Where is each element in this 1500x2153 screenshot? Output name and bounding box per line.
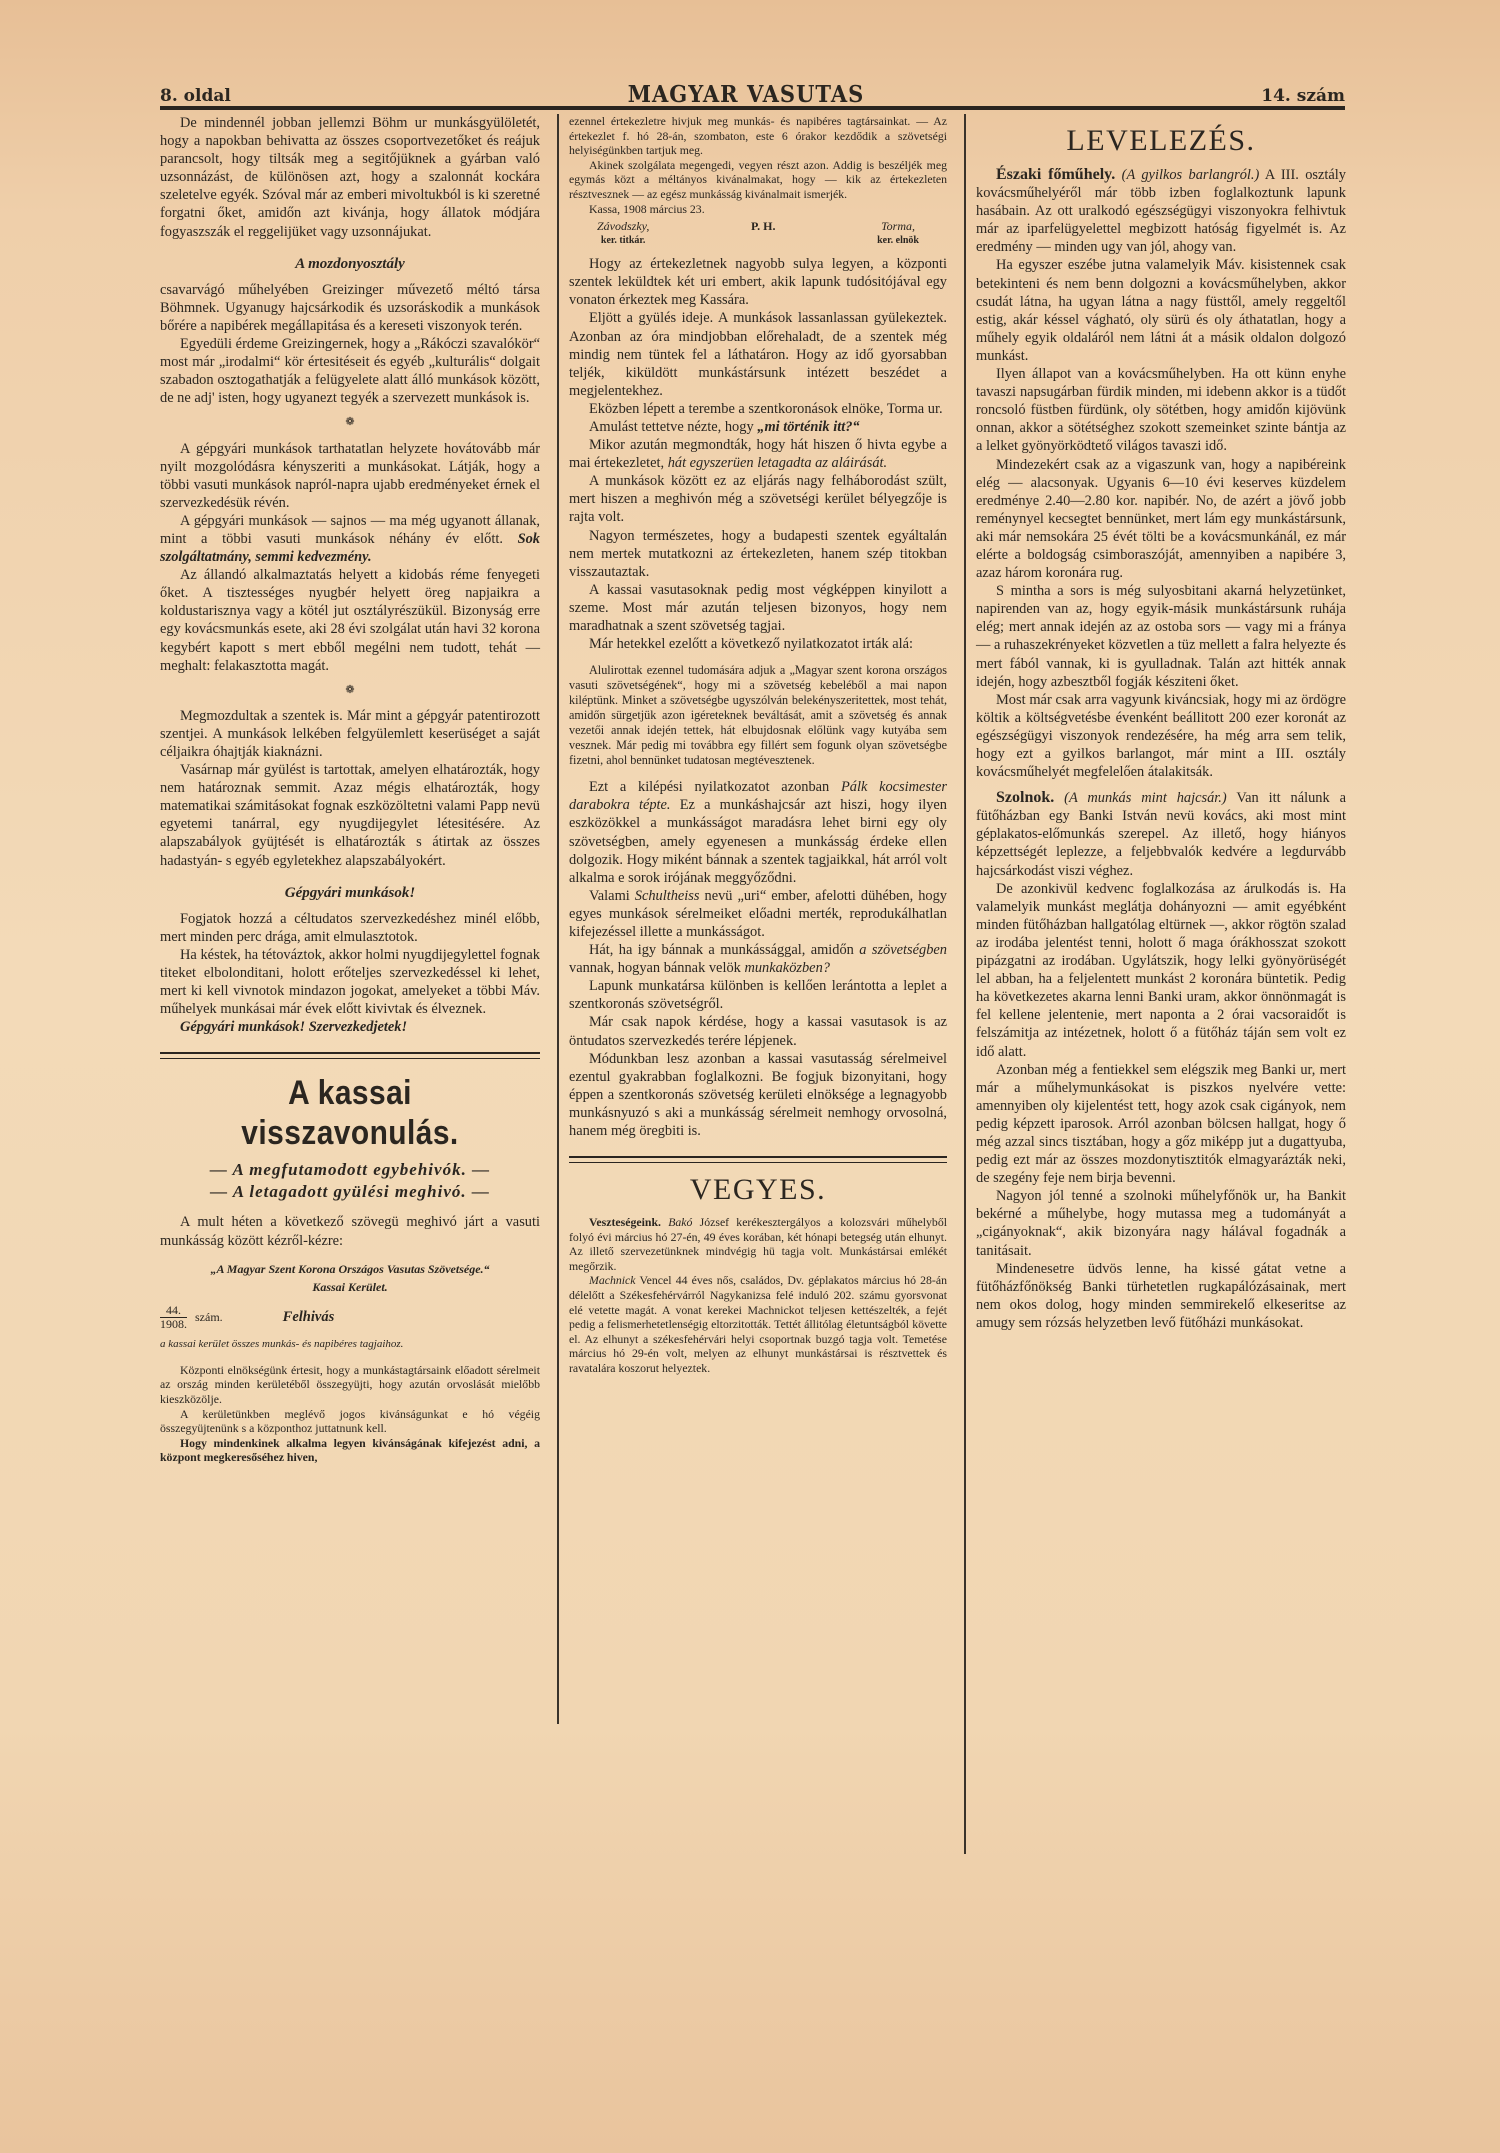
paragraph: Vasárnap már gyülést is tartottak, amely…: [160, 761, 540, 870]
section-title-vegyes: VEGYES.: [569, 1173, 947, 1207]
signature-secretary: Závodszky, ker. titkár.: [597, 220, 649, 247]
article-subtitle: — A megfutamodott egybehivók. —: [160, 1159, 540, 1181]
paragraph: ezennel értekezletre hivjuk meg munkás- …: [569, 114, 947, 158]
paragraph: Már hetekkel ezelőtt a következő nyilatk…: [569, 635, 947, 653]
columns: De mindennél jobban jellemzi Böhm ur mun…: [160, 114, 1345, 2064]
notice-title: Felhivás: [283, 1308, 335, 1326]
header-rule: [160, 106, 1345, 110]
org-name: „A Magyar Szent Korona Országos Vasutas …: [160, 1260, 540, 1278]
page-header: 8. oldal MAGYAR VASUTAS 14. szám: [160, 78, 1345, 106]
paragraph: A kerületünkben meglévő jogos kivánságun…: [160, 1407, 540, 1436]
closing-call: Gépgyári munkások! Szervezkedjetek!: [160, 1018, 540, 1036]
section-separator: [569, 1156, 947, 1163]
paragraph: Az állandó alkalmaztatás helyett a kidob…: [160, 566, 540, 675]
section-title-levelezes: LEVELEZÉS.: [976, 124, 1346, 158]
paragraph: Mindenesetre üdvös lenne, ha kissé gátat…: [976, 1260, 1346, 1332]
paragraph: Hogy az értekezletnek nagyobb sulya legy…: [569, 255, 947, 309]
paragraph: Hát, ha igy bánnak a munkássággal, amidő…: [569, 941, 947, 977]
paragraph: A mult héten a következő szövegü meghivó…: [160, 1213, 540, 1249]
paragraph: Most már csak arra vagyunk kiváncsiak, h…: [976, 691, 1346, 781]
issue-number: 14. szám: [1261, 86, 1345, 106]
paragraph: A munkások között ez az eljárás nagy fel…: [569, 472, 947, 526]
paragraph: Ha egyszer eszébe jutna valamelyik Máv. …: [976, 256, 1346, 365]
section-separator: [160, 1052, 540, 1059]
paragraph: Mindezekért csak az a vigaszunk van, hog…: [976, 456, 1346, 583]
paragraph: Fogjatok hozzá a céltudatos szervezkedés…: [160, 910, 540, 946]
paragraph: Ilyen állapot van a kovácsműhelyben. Ha …: [976, 365, 1346, 455]
paragraph: Azonban még a fentiekkel sem elégszik me…: [976, 1061, 1346, 1188]
column-divider: [964, 114, 966, 1854]
asterism-icon: ❁: [160, 681, 540, 699]
paragraph: Nagyon jól tenné a szolnoki műhelyfőnök …: [976, 1187, 1346, 1259]
paragraph: Megmozdultak a szentek is. Már mint a gé…: [160, 707, 540, 761]
paragraph: Amulást tettetve nézte, hogy „mi történi…: [569, 418, 947, 436]
paragraph: Ezt a kilépési nyilatkozatot azonban Pál…: [569, 778, 947, 887]
paragraph: csavarvágó műhelyében Greizinger művezet…: [160, 281, 540, 335]
page-number: 8. oldal: [160, 86, 231, 106]
asterism-icon: ❁: [160, 413, 540, 431]
paragraph: Hogy mindenkinek alkalma legyen kivánság…: [160, 1436, 540, 1465]
paragraph: Mikor azután megmondták, hogy hát hiszen…: [569, 436, 947, 472]
paragraph: A gépgyári munkások tarthatatlan helyzet…: [160, 440, 540, 512]
paragraph: A kassai vasutasoknak pedig most végképp…: [569, 581, 947, 635]
newspaper-title: MAGYAR VASUTAS: [628, 80, 865, 108]
paragraph: Módunkban lesz azonban a kassai vasutass…: [569, 1050, 947, 1140]
column-divider: [557, 114, 559, 1724]
paragraph: Valami Schultheiss nevü „uri“ ember, afe…: [569, 887, 947, 941]
stamp-mark: P. H.: [751, 220, 776, 247]
obituary-item: Machnick Vencel 44 éves nős, családos, D…: [569, 1273, 947, 1375]
paragraph: S mintha a sors is még sulyosbitani akar…: [976, 582, 1346, 691]
paragraph: De azonkivül kedvenc foglalkozása az áru…: [976, 880, 1346, 1061]
column-left: De mindennél jobban jellemzi Böhm ur mun…: [160, 114, 540, 1465]
article-title: A kassai visszavonulás.: [183, 1073, 517, 1153]
document-number: 44. 1908. szám. Felhivás: [160, 1304, 540, 1331]
paragraph: Nagyon természetes, hogy a budapesti sze…: [569, 527, 947, 581]
paragraph: Egyedüli érdeme Greizingernek, hogy a „R…: [160, 335, 540, 407]
subheading: Gépgyári munkások!: [160, 884, 540, 902]
paragraph: Ha késtek, ha tétováztok, akkor holmi ny…: [160, 946, 540, 1018]
declaration: Alulirottak ezennel tudomására adjuk a „…: [569, 663, 947, 768]
paragraph: Már csak napok kérdése, hogy a kassai va…: [569, 1013, 947, 1049]
paragraph: Központi elnökségünk értesit, hogy a mun…: [160, 1363, 540, 1407]
paragraph: Akinek szolgálata megengedi, vegyen rész…: [569, 158, 947, 202]
signatures: Závodszky, ker. titkár. P. H. Torma, ker…: [569, 220, 947, 247]
column-middle: ezennel értekezletre hivjuk meg munkás- …: [569, 114, 947, 1376]
letter-item: Északi főműhely. (A gyilkos barlangról.)…: [976, 166, 1346, 256]
district-name: Kassai Kerület.: [160, 1278, 540, 1296]
signature-president: Torma, ker. elnök: [877, 220, 919, 247]
subheading: A mozdonyosztály: [160, 255, 540, 273]
paragraph: A gépgyári munkások — sajnos — ma még ug…: [160, 512, 540, 566]
paragraph: Lapunk munkatársa különben is kellően le…: [569, 977, 947, 1013]
letter-item: Szolnok. (A munkás mint hajcsár.) Van it…: [976, 789, 1346, 879]
paragraph: Eljött a gyülés ideje. A munkások lassan…: [569, 309, 947, 399]
place-date: Kassa, 1908 március 23.: [569, 202, 947, 217]
obituary-item: Veszteségeink. Bakó József kerékesztergá…: [569, 1215, 947, 1273]
column-right: LEVELEZÉS. Északi főműhely. (A gyilkos b…: [976, 114, 1346, 1332]
paragraph: De mindennél jobban jellemzi Böhm ur mun…: [160, 114, 540, 241]
article-subtitle: — A letagadott gyülési meghivó. —: [160, 1181, 540, 1203]
notice-address: a kassai kerület összes munkás- és napib…: [160, 1335, 540, 1353]
paragraph: Eközben lépett a terembe a szentkoronáso…: [569, 400, 947, 418]
